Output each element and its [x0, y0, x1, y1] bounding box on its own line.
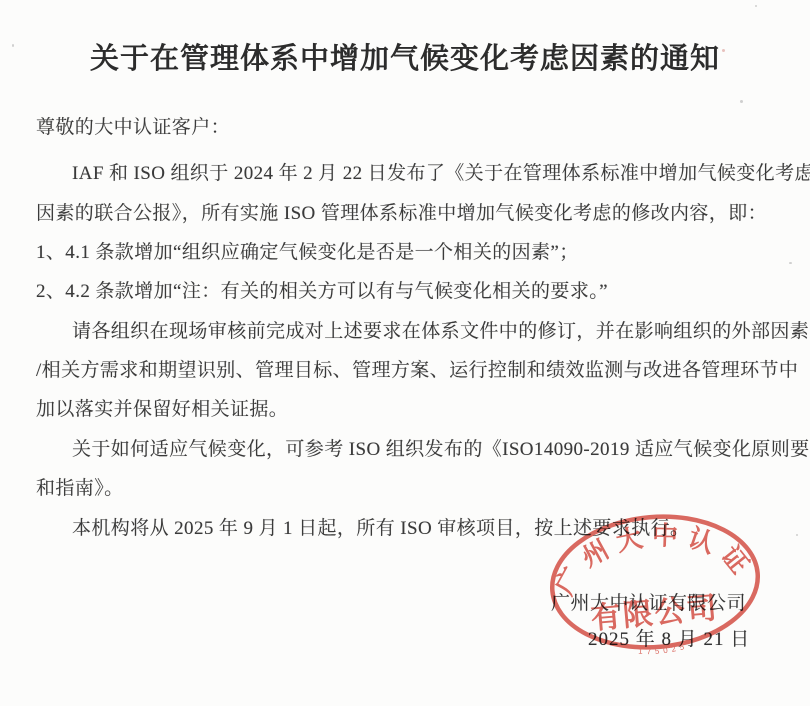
body-line: 请各组织在现场审核前完成对上述要求在体系文件中的修订，并在影响组织的外部因素 — [72, 316, 809, 343]
stamp-serial-number: 175025 — [637, 641, 689, 658]
document-title: 关于在管理体系中增加气候变化考虑因素的通知 — [0, 36, 810, 77]
body-line: /相关方需求和期望识别、管理目标、管理方案、运行控制和绩效监测与改进各管理环节中 — [36, 355, 798, 382]
body-line: 2、4.2 条款增加“注：有关的相关方可以有与气候变化相关的要求。” — [36, 276, 608, 303]
body-line: 和指南》。 — [36, 473, 124, 500]
document-page: 关于在管理体系中增加气候变化考虑因素的通知 尊敬的大中认证客户： IAF 和 I… — [0, 0, 810, 706]
body-line: 1、4.1 条款增加“组织应确定气候变化是否是一个相关的因素”； — [36, 237, 579, 264]
salutation: 尊敬的大中认证客户： — [36, 112, 230, 139]
scan-speck — [789, 262, 792, 264]
scan-speck — [796, 534, 798, 536]
scan-speck — [755, 5, 757, 7]
scan-speck — [12, 44, 14, 47]
scan-speck — [722, 49, 725, 52]
body-line: 关于如何适应气候变化，可参考 ISO 组织发布的《ISO14090-2019 适… — [72, 434, 810, 461]
body-line: 加以落实并保留好相关证据。 — [36, 394, 288, 421]
stamp-center-text: 有限公司 — [590, 592, 720, 636]
company-seal-stamp: 广州大中认证 有限公司 175025 — [540, 499, 776, 671]
body-line: 因素的联合公报》，所有实施 ISO 管理体系标准中增加气候变化考虑的修改内容，即… — [36, 198, 767, 225]
scan-speck — [740, 100, 743, 103]
body-line: IAF 和 ISO 组织于 2024 年 2 月 22 日发布了《关于在管理体系… — [72, 158, 810, 185]
stamp-arc-text: 广州大中认证 — [544, 511, 761, 602]
